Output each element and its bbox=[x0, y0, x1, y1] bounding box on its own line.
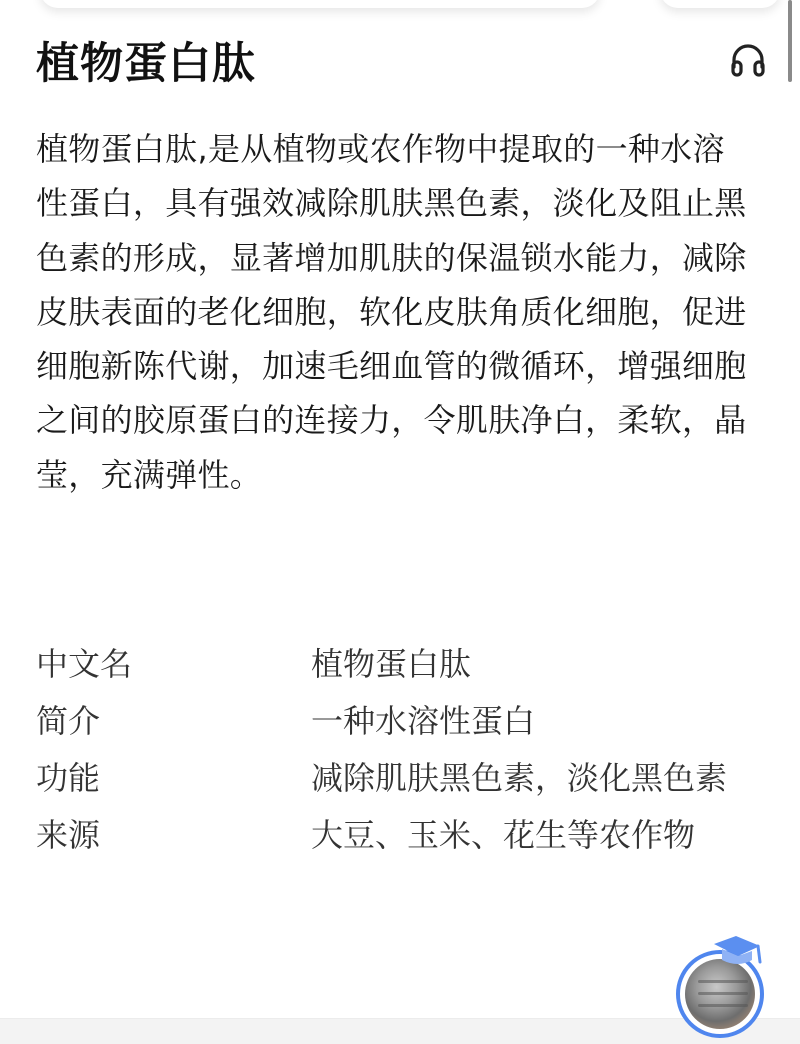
info-key: 中文名 bbox=[36, 636, 311, 693]
info-key: 简介 bbox=[36, 693, 311, 750]
info-value: 一种水溶性蛋白 bbox=[311, 693, 721, 750]
fur-stripe bbox=[698, 1004, 748, 1007]
info-key: 来源 bbox=[36, 807, 311, 864]
graduation-cap-icon bbox=[706, 936, 768, 976]
info-value: 大豆、玉米、花生等农作物 bbox=[311, 807, 731, 864]
scrollbar[interactable] bbox=[788, 0, 792, 82]
info-key: 功能 bbox=[36, 750, 311, 807]
info-table: 中文名 植物蛋白肽 简介 一种水溶性蛋白 功能 减除肌肤黑色素，淡化黑色素 来源… bbox=[36, 636, 756, 864]
card-header: 植物蛋白肽 bbox=[36, 30, 764, 90]
previous-card-edge-right bbox=[660, 0, 780, 8]
headphones-icon bbox=[729, 43, 767, 77]
fur-stripe bbox=[698, 992, 748, 995]
info-row-source: 来源 大豆、玉米、花生等农作物 bbox=[36, 807, 756, 864]
listen-button[interactable] bbox=[728, 40, 768, 80]
info-row-chinese-name: 中文名 植物蛋白肽 bbox=[36, 636, 756, 693]
fur-stripe bbox=[698, 980, 748, 983]
info-row-summary: 简介 一种水溶性蛋白 bbox=[36, 693, 756, 750]
page-title: 植物蛋白肽 bbox=[36, 30, 256, 91]
info-value: 减除肌肤黑色素，淡化黑色素 bbox=[311, 750, 731, 807]
description-text: 植物蛋白肽,是从植物或农作物中提取的一种水溶性蛋白，具有强效减除肌肤黑色素，淡化… bbox=[36, 122, 756, 502]
info-row-function: 功能 减除肌肤黑色素，淡化黑色素 bbox=[36, 750, 756, 807]
section-divider bbox=[0, 1018, 800, 1044]
previous-card-edge bbox=[40, 0, 600, 8]
info-value: 植物蛋白肽 bbox=[311, 636, 721, 693]
